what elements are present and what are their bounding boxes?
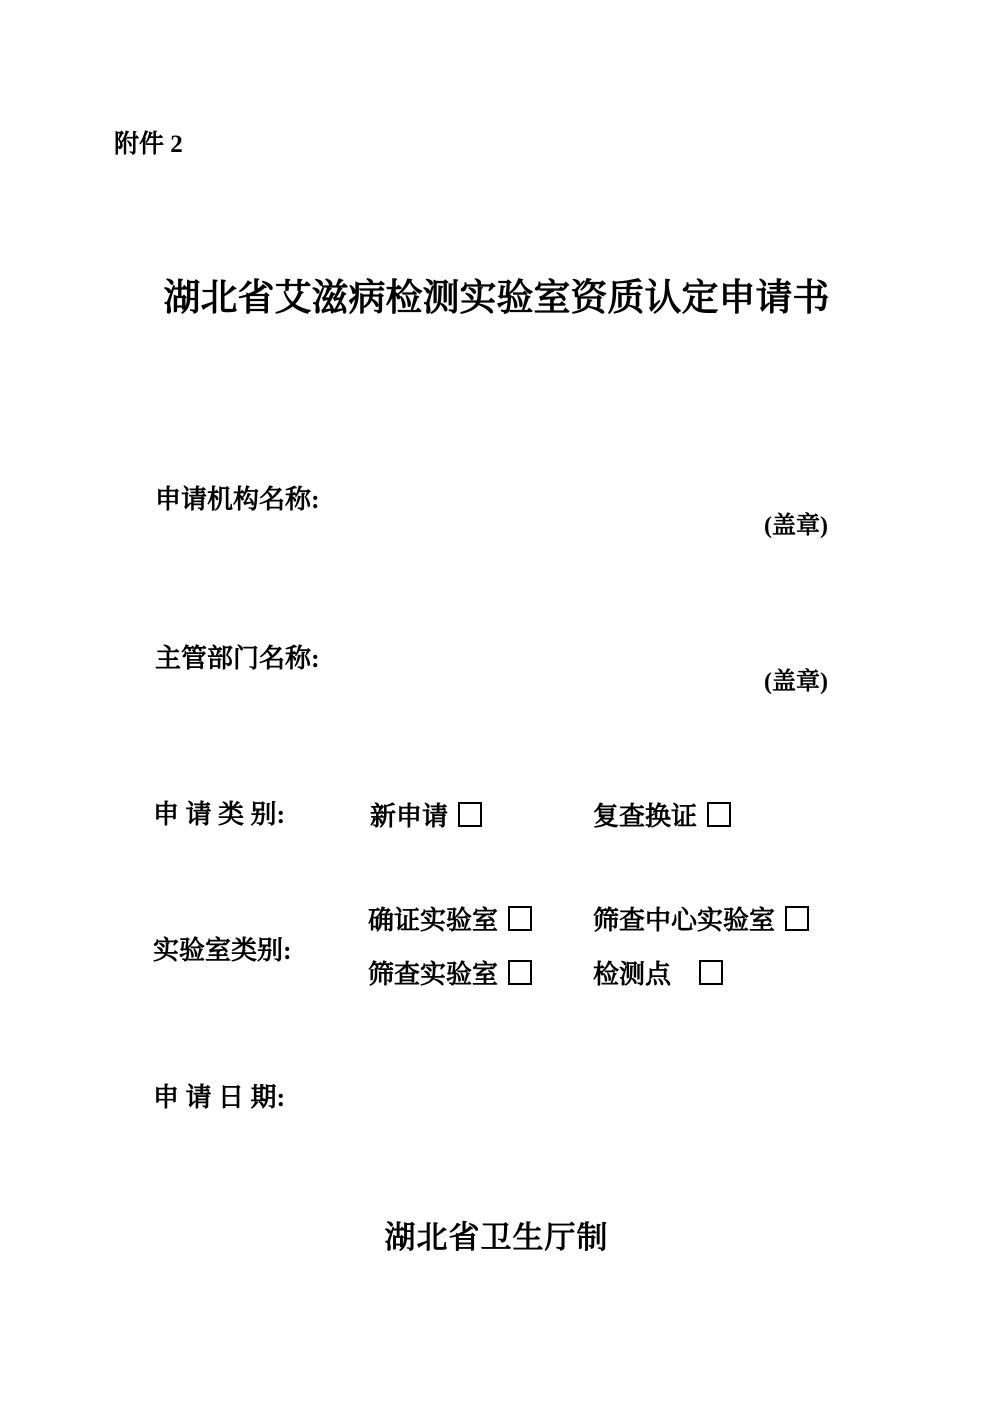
option-new-application-label: 新申请 bbox=[370, 802, 448, 831]
lab-category-label: 实验室类别: bbox=[153, 938, 292, 964]
attachment-label: 附件 2 bbox=[114, 132, 183, 157]
checkbox-screening-center-lab[interactable] bbox=[785, 906, 809, 931]
option-review-renewal-label: 复查换证 bbox=[593, 802, 697, 831]
org-name-label: 申请机构名称: bbox=[155, 487, 320, 513]
org-seal-note: (盖章) bbox=[764, 514, 828, 538]
checkbox-screening-lab[interactable] bbox=[508, 960, 532, 985]
option-confirmation-lab-label: 确证实验室 bbox=[368, 906, 498, 935]
option-screening-lab-label: 筛查实验室 bbox=[368, 960, 498, 989]
option-screening-center-lab-label: 筛查中心实验室 bbox=[593, 906, 775, 935]
document-page: 附件 2 湖北省艾滋病检测实验室资质认定申请书 申请机构名称: (盖章) 主管部… bbox=[0, 0, 993, 1404]
checkbox-review-renewal[interactable] bbox=[707, 802, 731, 827]
option-screening-center-lab: 筛查中心实验室 bbox=[593, 906, 809, 934]
checkbox-new-application[interactable] bbox=[458, 802, 482, 827]
checkbox-confirmation-lab[interactable] bbox=[508, 906, 532, 931]
application-category-label: 申 请 类 别: bbox=[153, 802, 285, 828]
dept-name-label: 主管部门名称: bbox=[155, 646, 320, 672]
page-title: 湖北省艾滋病检测实验室资质认定申请书 bbox=[0, 280, 993, 317]
option-screening-lab: 筛查实验室 bbox=[368, 960, 532, 988]
option-confirmation-lab: 确证实验室 bbox=[368, 906, 532, 934]
option-review-renewal: 复查换证 bbox=[593, 802, 731, 830]
dept-seal-note: (盖章) bbox=[764, 670, 828, 694]
option-new-application: 新申请 bbox=[370, 802, 482, 830]
option-testing-point-label: 检测点 bbox=[593, 960, 671, 989]
application-date-label: 申 请 日 期: bbox=[153, 1085, 285, 1111]
issuing-authority: 湖北省卫生厅制 bbox=[0, 1222, 993, 1253]
option-testing-point: 检测点 bbox=[593, 960, 723, 988]
checkbox-testing-point[interactable] bbox=[699, 960, 723, 985]
